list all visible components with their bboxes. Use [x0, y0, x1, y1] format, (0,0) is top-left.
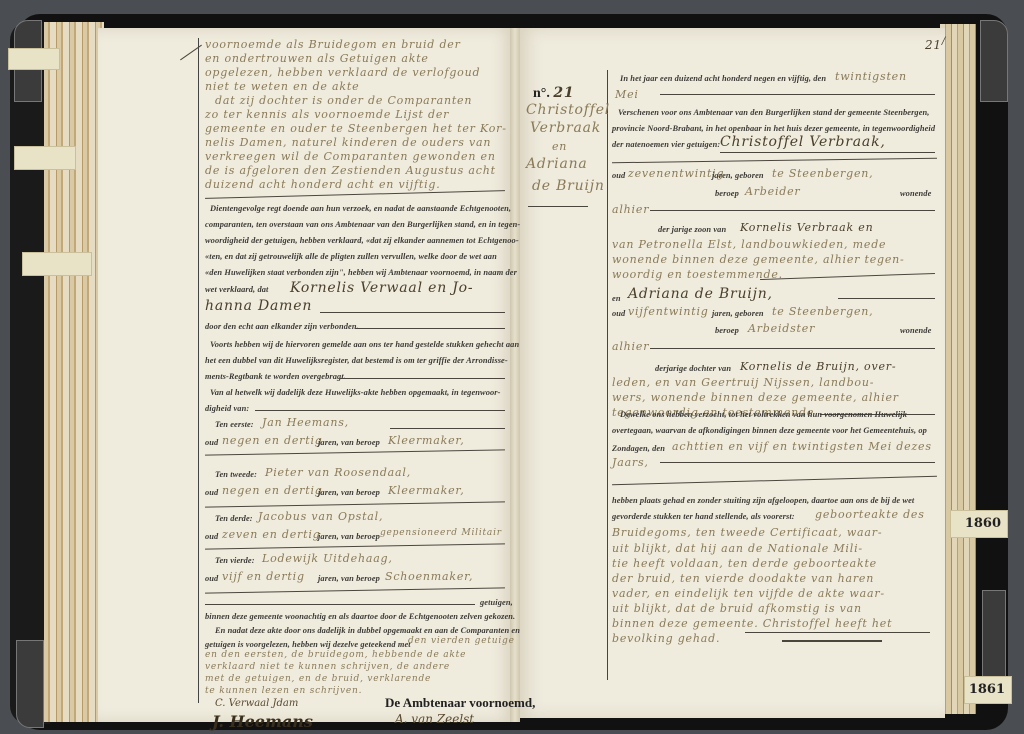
witness-profession: gepensioneerd Militair	[380, 528, 502, 538]
hand-line: dat zij dochter is onder de Comparanten	[215, 94, 472, 107]
hand-line: met de getuigen, en de bruid, verklarend…	[205, 674, 431, 684]
printed-line: Dientengevolge regt doende aan hun verzo…	[210, 204, 511, 213]
groom-father: Kornelis Verbraak en	[740, 221, 873, 234]
hand-line: uit blijkt, dat hij aan de Nationale Mil…	[612, 542, 863, 555]
bride-father: Kornelis de Bruijn, over-	[740, 360, 896, 373]
rule	[355, 328, 505, 329]
groom-profession: Arbeider	[745, 185, 800, 198]
printed-line: der natenoemen vier getuigen:	[612, 140, 720, 149]
printed-line: beroep	[715, 326, 739, 335]
hand-line: te kunnen lezen en schrijven.	[205, 686, 362, 696]
hand-line: van Petronella Elst, landbouwkieden, med…	[612, 238, 886, 251]
folio-number: 21/	[925, 36, 946, 52]
rule	[745, 632, 930, 633]
printed-line: «ten, en dat zij getrouwelijk alle de pl…	[205, 252, 497, 261]
witness-label: Ten vierde:	[215, 556, 255, 565]
hand-line: binnen deze gemeente. Christoffel heeft …	[612, 617, 892, 630]
metal-corner-bottom-left	[16, 640, 44, 728]
hand-line: zo ter kennis als voornoemde Lijst der	[205, 108, 449, 121]
official-label: De Ambtenaar voornoemd,	[385, 695, 535, 711]
hand-line: bevolking gehad.	[612, 632, 720, 645]
right-margin-rule	[607, 70, 608, 680]
hand-line: woordig en toestemmende.	[612, 268, 783, 281]
hand-line: tie heeft voldaan, ten derde geboorteakt…	[612, 557, 877, 570]
residence-line: binnen deze gemeente woonachtig en als d…	[205, 612, 515, 621]
margin-connector: en	[552, 140, 567, 153]
margin-groom-first: Christoffel	[526, 102, 610, 118]
hand-line: wers, wonende binnen deze gemeente, alhi…	[612, 391, 899, 404]
hand-line: voornoemde als Bruidegom en bruid der	[205, 38, 461, 51]
rule	[720, 152, 935, 153]
rule	[660, 94, 935, 95]
rule	[528, 206, 588, 207]
hand-line: gemeente en ouder te Steenbergen het ter…	[205, 122, 507, 135]
age-suffix: jaren, van beroep	[318, 488, 380, 497]
printed-line: Van al hetwelk wij dadelijk deze Huwelij…	[210, 388, 501, 397]
age-prefix: oud	[205, 438, 218, 447]
bride-name: Adriana de Bruijn,	[628, 286, 773, 302]
marriage-month: Mei	[615, 88, 639, 101]
printed-line: Dewelke ons hebben verzocht, tot het vol…	[620, 410, 907, 419]
bride-age: vijfentwintig	[628, 305, 709, 318]
folio-value: 21	[925, 38, 942, 52]
hand-line: vader, en eindelijk ten vijfde de akte w…	[612, 587, 885, 600]
hand-line: uit blijkt, dat de bruid afkomstig is va…	[612, 602, 862, 615]
groom-name: Christoffel Verbraak,	[720, 134, 886, 150]
rule	[838, 298, 935, 299]
witness-name: Jan Heemans,	[262, 416, 349, 429]
printed-line: Zondagen, den	[612, 444, 665, 453]
rule	[660, 462, 935, 463]
age-prefix: oud	[205, 532, 218, 541]
hand-line: leden, en van Geertruij Nijssen, landbou…	[612, 376, 874, 389]
groom-age: zevenentwintig	[628, 167, 724, 180]
signature: J. Heemans	[212, 712, 313, 731]
witness-age: zeven en dertig	[222, 528, 321, 541]
couple-names-line-1: Kornelis Verwaal en Jo-	[290, 280, 473, 296]
witness-label: Ten derde:	[215, 514, 253, 523]
hand-line: den vierden getuige	[408, 636, 515, 646]
printed-line: provincie Noord-Brabant, in het openbaar…	[612, 124, 935, 133]
rule	[650, 348, 935, 349]
signature: C. Verwaal Jdam	[215, 698, 298, 709]
printed-line: Voorts hebben wij de hiervoren gemelde a…	[210, 340, 519, 349]
witness-label: Ten eerste:	[215, 420, 254, 429]
hand-line: en ondertrouwen als Getuigen akte	[205, 52, 429, 65]
index-tab-blank-1[interactable]	[8, 48, 60, 70]
hand-line: geboorteakte des	[815, 508, 925, 521]
banns-year: Jaars,	[612, 456, 649, 469]
margin-groom-last: Verbraak	[530, 120, 601, 136]
witness-profession: Kleermaker,	[388, 484, 465, 497]
printed-line: derjarige dochter van	[655, 364, 731, 373]
margin-bride-first: Adriana	[526, 156, 588, 172]
hand-line: verkreegen wil de Comparanten gewonden e…	[205, 150, 496, 163]
groom-birthplace: te Steenbergen,	[772, 167, 873, 180]
printed-line: jaren, geboren	[712, 171, 764, 180]
printed-line: «den Huwelijken staat verbonden zijn", h…	[205, 268, 517, 277]
closing-line: En nadat deze akte door ons dadelijk in …	[215, 626, 520, 635]
act-number: 21	[553, 85, 574, 101]
rule	[255, 410, 505, 411]
metal-corner-top-right	[980, 20, 1008, 102]
witnesses-suffix: getuigen,	[480, 598, 513, 607]
bride-residence: alhier	[612, 340, 649, 353]
declared-label: wet verklaard, dat	[205, 285, 268, 294]
age-suffix: jaren, van beroep	[318, 574, 380, 583]
united-label: door den echt aan elkander zijn verbonde…	[205, 322, 359, 331]
hand-line: en den eersten, de bruidegom, hebbende d…	[205, 650, 466, 660]
bride-profession: Arbeidster	[748, 322, 815, 335]
closing-line: getuigen is voorgelezen, hebben wij deze…	[205, 640, 411, 649]
witness-profession: Schoenmaker,	[385, 570, 473, 583]
hand-line: der bruid, ten vierde doodakte van haren	[612, 572, 874, 585]
index-tab-blank-2[interactable]	[14, 146, 76, 170]
printed-line: gevorderde stukken ter hand stellende, a…	[612, 512, 795, 521]
printed-line: beroep	[715, 189, 739, 198]
printed-line: wonende	[900, 189, 931, 198]
witness-age: negen en dertig	[222, 484, 323, 497]
hand-line: de is afgeloren den Zestienden Augustus …	[205, 164, 496, 177]
hand-line: niet te weten en de akte	[205, 80, 359, 93]
age-suffix: jaren, van beroep	[318, 438, 380, 447]
rule	[320, 312, 505, 313]
printed-line: oud	[612, 309, 625, 318]
index-tab-blank-3[interactable]	[22, 252, 92, 276]
printed-line: Verschenen voor ons Ambtenaar van den Bu…	[618, 108, 930, 117]
printed-line: overtegaan, waarvan de afkondigingen bin…	[612, 426, 927, 435]
hand-line: verklaard niet te kunnen schrijven, de a…	[205, 662, 450, 672]
witness-label: Ten tweede:	[215, 470, 257, 479]
printed-line: hebben plaats gehad en zonder stuiting z…	[612, 496, 914, 505]
printed-line: wonende	[900, 326, 931, 335]
left-margin-rule	[198, 38, 199, 703]
bride-birthplace: te Steenbergen,	[772, 305, 873, 318]
age-suffix: jaren, van beroep	[318, 532, 380, 541]
year-tab-1860[interactable]: 1860	[950, 510, 1008, 538]
printed-line: ments-Regtbank te worden overgebragt.	[205, 372, 346, 381]
year-tab-1861[interactable]: 1861	[964, 676, 1012, 704]
banns-dates: achttien en vijf en twintigsten Mei deze…	[672, 440, 932, 453]
hand-line: nelis Damen, naturel kinderen de ouders …	[205, 136, 491, 149]
printed-line: woordigheid der getuigen, hebben verklaa…	[205, 236, 519, 245]
printed-line: digheid van:	[205, 404, 249, 413]
marriage-day: twintigsten	[835, 70, 907, 83]
hand-line: opgelezen, hebben verklaard de verlofgou…	[205, 66, 480, 79]
printed-line: comparanten, ten overstaan van ons Ambte…	[205, 220, 520, 229]
right-page-stack	[940, 24, 976, 714]
groom-residence: alhier	[612, 203, 649, 216]
printed-line: oud	[612, 171, 625, 180]
witness-age: negen en dertig	[222, 434, 323, 447]
margin-bride-last: de Bruijn	[532, 178, 605, 194]
left-page-stack	[44, 22, 104, 722]
age-prefix: oud	[205, 574, 218, 583]
witness-profession: Kleermaker,	[388, 434, 465, 447]
rule	[390, 428, 505, 429]
hand-line: duizend acht honderd acht en vijftig.	[205, 178, 441, 191]
hand-line: wonende binnen deze gemeente, alhier teg…	[612, 253, 905, 266]
printed-line: jaren, geboren	[712, 309, 764, 318]
age-prefix: oud	[205, 488, 218, 497]
rule	[340, 378, 505, 379]
printed-line: In het jaar een duizend acht honderd neg…	[620, 74, 826, 83]
witness-name: Pieter van Roosendaal,	[265, 466, 411, 479]
printed-line: het een dubbel van dit Huwelijksregister…	[205, 356, 508, 365]
official-signature: A. van Zeelst	[395, 712, 474, 726]
hand-line: Bruidegoms, ten tweede Certificaat, waar…	[612, 526, 882, 539]
end-rule	[782, 640, 882, 642]
couple-names-line-2: hanna Damen	[205, 298, 312, 314]
printed-line: en	[612, 294, 621, 303]
witness-age: vijf en dertig	[222, 570, 305, 583]
witness-name: Lodewijk Uitdehaag,	[262, 552, 393, 565]
rule	[650, 210, 935, 211]
witness-name: Jacobus van Opstal,	[258, 510, 383, 523]
rule	[205, 604, 475, 605]
act-number-label: n°.	[533, 86, 550, 101]
printed-line: der jarige zoon van	[658, 225, 726, 234]
folio-sub: /	[942, 36, 946, 47]
